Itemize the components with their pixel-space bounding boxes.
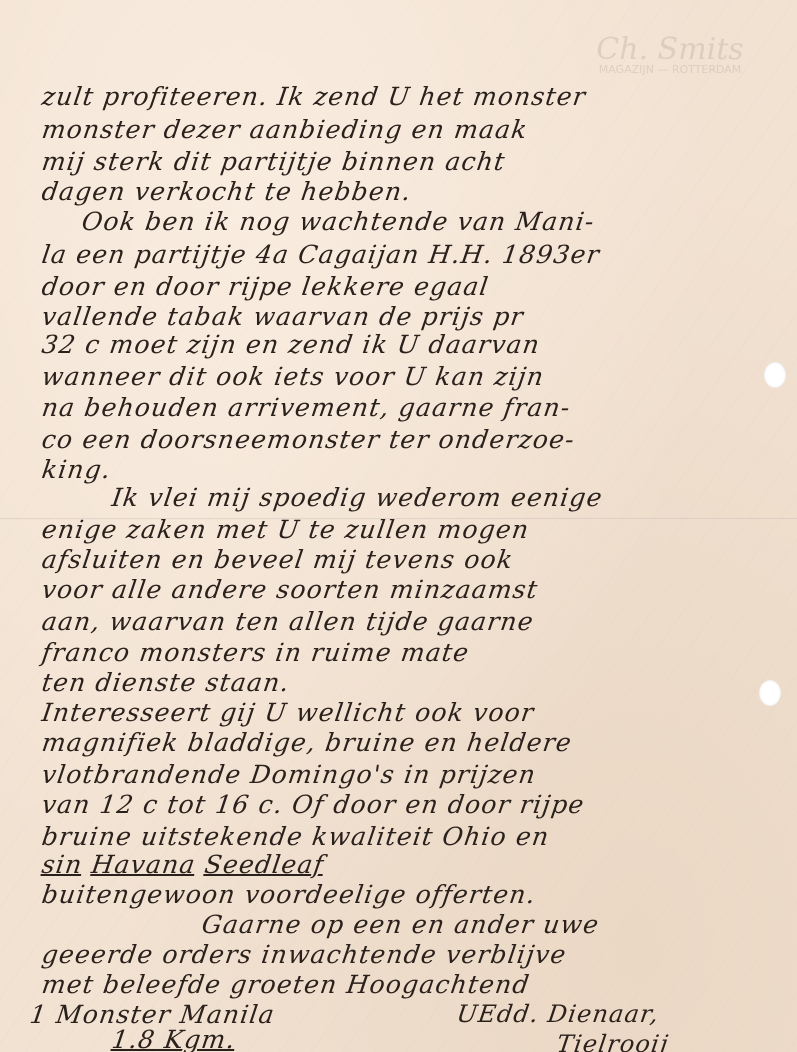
letter-line: Gaarne op een en ander uwe bbox=[200, 910, 601, 939]
letter-line: voor alle andere soorten minzaamst bbox=[40, 575, 540, 604]
letter-line: na behouden arrivement, gaarne fran- bbox=[40, 393, 573, 422]
signature-name: Tielrooij bbox=[555, 1030, 671, 1052]
letter-line: bruine uitstekende kwaliteit Ohio en bbox=[40, 822, 552, 851]
letter-line: wanneer dit ook iets voor U kan zijn bbox=[40, 362, 546, 391]
letter-line: magnifiek bladdige, bruine en heldere bbox=[40, 728, 574, 757]
underlined-word: Seedleaf bbox=[203, 850, 326, 879]
letter-line: co een doorsneemonster ter onderzoe- bbox=[40, 425, 577, 454]
letterhead-name: Ch. Smits bbox=[560, 40, 780, 60]
letter-line: dagen verkocht te hebben. bbox=[40, 177, 414, 206]
letter-line-underlined: sin Havana Seedleaf bbox=[40, 850, 326, 879]
letter-line: aan, waarvan ten allen tijde gaarne bbox=[40, 607, 536, 636]
letter-line: enige zaken met U te zullen mogen bbox=[40, 515, 531, 544]
letter-line: 32 c moet zijn en zend ik U daarvan bbox=[40, 330, 542, 359]
letter-line: vallende tabak waarvan de prijs pr bbox=[40, 302, 526, 331]
enclosure-weight: 1.8 Kgm. bbox=[110, 1025, 238, 1052]
letter-line: van 12 c tot 16 c. Of door en door rijpe bbox=[40, 790, 587, 819]
letter-line: afsluiten en beveel mij tevens ook bbox=[40, 545, 515, 574]
letter-line: ten dienste staan. bbox=[40, 668, 292, 697]
letter-line: king. bbox=[40, 455, 113, 484]
letter-line: la een partijtje 4a Cagaijan H.H. 1893er bbox=[40, 240, 602, 269]
punch-hole bbox=[764, 362, 786, 388]
letterhead-showthrough: Ch. Smits MAGAZIJN — ROTTERDAM bbox=[560, 40, 780, 80]
underlined-word: sin bbox=[40, 850, 85, 879]
letter-line: Ook ben ik nog wachtende van Mani- bbox=[80, 207, 597, 236]
letter-line: vlotbrandende Domingo's in prijzen bbox=[40, 760, 538, 789]
letterhead-address: MAGAZIJN — ROTTERDAM bbox=[560, 60, 780, 80]
letter-line: door en door rijpe lekkere egaal bbox=[40, 272, 491, 301]
signature-servant: UEdd. Dienaar, bbox=[455, 1000, 661, 1028]
punch-hole bbox=[759, 680, 781, 706]
letter-line: zult profiteeren. Ik zend U het monster bbox=[40, 82, 588, 111]
letter-line: buitengewoon voordeelige offerten. bbox=[40, 880, 538, 909]
letter-line: mij sterk dit partijtje binnen acht bbox=[40, 147, 507, 176]
letter-line: monster dezer aanbieding en maak bbox=[40, 115, 530, 144]
underlined-word: Havana bbox=[90, 850, 198, 879]
letter-line: Interesseert gij U wellicht ook voor bbox=[40, 698, 536, 727]
letter-line: geeerde orders inwachtende verblijve bbox=[40, 940, 569, 969]
letter-line: Ik vlei mij spoedig wederom eenige bbox=[110, 483, 605, 512]
closing-line: met beleefde groeten Hoogachtend bbox=[40, 970, 532, 999]
letter-line: franco monsters in ruime mate bbox=[40, 638, 471, 667]
